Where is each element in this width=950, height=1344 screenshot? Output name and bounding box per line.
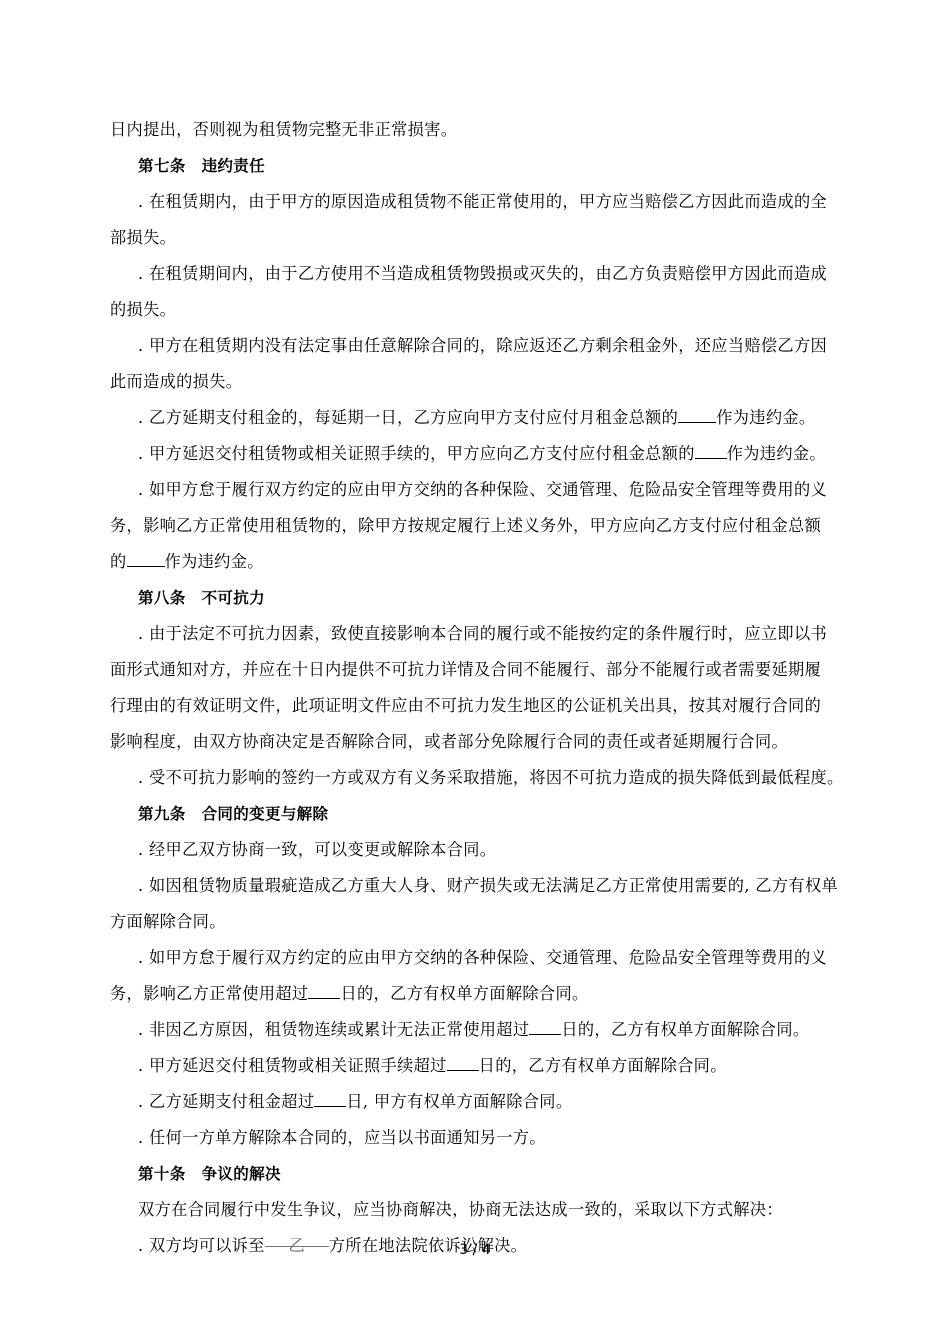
- section-heading-10: 第十条争议的解决: [110, 1156, 842, 1192]
- fill-in-blank[interactable]: [678, 406, 716, 423]
- section-number: 第七条: [138, 157, 186, 175]
- clause-text: . 乙方延期支付租金的，每延期一日，乙方应向甲方支付应付月租金总额的: [138, 408, 678, 427]
- clause-text: 作为违约金。: [727, 444, 826, 463]
- clause-line: 的作为违约金。: [110, 544, 842, 580]
- clause-line: 双方在合同履行中发生争议，应当协商解决，协商无法达成一致的，采取以下方式解决：: [110, 1192, 842, 1228]
- clause-line: 面形式通知对方，并应在十日内提供不可抗力详情及合同不能履行、部分不能履行或者需要…: [110, 652, 842, 688]
- clause-line: 的损失。: [110, 292, 842, 328]
- clause-line: . 乙方延期支付租金超过日, 甲方有权单方面解除合同。: [110, 1084, 842, 1120]
- section-number: 第十条: [138, 1165, 186, 1183]
- fill-in-blank[interactable]: [695, 442, 727, 459]
- clause-text: . 乙方延期支付租金超过: [138, 1092, 314, 1111]
- clause-line: . 由于法定不可抗力因素，致使直接影响本合同的履行或不能按约定的条件履行时，应立…: [110, 616, 842, 652]
- clause-text: 作为违约金。: [716, 408, 815, 427]
- clause-line: 影响程度，由双方协商决定是否解除合同，或者部分免除履行合同的责任或者延期履行合同…: [110, 724, 842, 760]
- clause-line: . 甲方延迟交付租赁物或相关证照手续超过日的，乙方有权单方面解除合同。: [110, 1048, 842, 1084]
- clause-text: 务，影响乙方正常使用超过: [110, 984, 308, 1003]
- clause-line: . 经甲乙双方协商一致，可以变更或解除本合同。: [110, 832, 842, 868]
- fill-in-blank[interactable]: [308, 982, 340, 999]
- section-heading-8: 第八条不可抗力: [110, 580, 842, 616]
- document-page: 日内提出，否则视为租赁物完整无非正常损害。 第七条违约责任 . 在租赁期内，由于…: [110, 112, 842, 1264]
- clause-line: . 受不可抗力影响的签约一方或双方有义务采取措施，将因不可抗力造成的损失降低到最…: [110, 760, 842, 796]
- clause-text: 作为违约金。: [165, 552, 264, 571]
- clause-line: . 任何一方单方解除本合同的，应当以书面通知另一方。: [110, 1120, 842, 1156]
- page-number: 3 / 4: [0, 1242, 950, 1258]
- clause-line: 务，影响乙方正常使用租赁物的，除甲方按规定履行上述义务外，甲方应向乙方支付应付租…: [110, 508, 842, 544]
- section-number: 第八条: [138, 589, 186, 607]
- section-title: 不可抗力: [202, 589, 265, 607]
- clause-line: 此而造成的损失。: [110, 364, 842, 400]
- fill-in-blank[interactable]: [529, 1018, 561, 1035]
- clause-line: . 如因租赁物质量瑕疵造成乙方重大人身、财产损失或无法满足乙方正常使用需要的, …: [110, 868, 842, 904]
- section-title: 合同的变更与解除: [202, 805, 329, 823]
- section-heading-7: 第七条违约责任: [110, 148, 842, 184]
- section-title: 违约责任: [202, 157, 265, 175]
- clause-text: 日的，乙方有权单方面解除合同。: [340, 984, 588, 1003]
- clause-text: . 甲方延迟交付租赁物或相关证照手续超过: [138, 1056, 447, 1075]
- section-number: 第九条: [138, 805, 186, 823]
- paragraph-line: 日内提出，否则视为租赁物完整无非正常损害。: [110, 112, 842, 148]
- clause-text: . 甲方延迟交付租赁物或相关证照手续的，甲方应向乙方支付应付租金总额的: [138, 444, 695, 463]
- clause-line: 务，影响乙方正常使用超过日的，乙方有权单方面解除合同。: [110, 976, 842, 1012]
- clause-line: . 甲方在租赁期内没有法定事由任意解除合同的，除应返还乙方剩余租金外，还应当赔偿…: [110, 328, 842, 364]
- fill-in-blank[interactable]: [447, 1054, 479, 1071]
- clause-text: 的: [110, 552, 127, 571]
- clause-line: 部损失。: [110, 220, 842, 256]
- clause-line: . 非因乙方原因，租赁物连续或累计无法正常使用超过日的，乙方有权单方面解除合同。: [110, 1012, 842, 1048]
- clause-text: 日的，乙方有权单方面解除合同。: [561, 1020, 809, 1039]
- clause-text: . 非因乙方原因，租赁物连续或累计无法正常使用超过: [138, 1020, 529, 1039]
- clause-line: . 如甲方怠于履行双方约定的应由甲方交纳的各种保险、交通管理、危险品安全管理等费…: [110, 940, 842, 976]
- clause-line: . 甲方延迟交付租赁物或相关证照手续的，甲方应向乙方支付应付租金总额的作为违约金…: [110, 436, 842, 472]
- clause-line: 方面解除合同。: [110, 904, 842, 940]
- clause-text: 日, 甲方有权单方面解除合同。: [346, 1092, 572, 1111]
- clause-line: . 在租赁期间内，由于乙方使用不当造成租赁物毁损或灭失的，由乙方负责赔偿甲方因此…: [110, 256, 842, 292]
- clause-line: . 乙方延期支付租金的，每延期一日，乙方应向甲方支付应付月租金总额的作为违约金。: [110, 400, 842, 436]
- fill-in-blank[interactable]: [314, 1090, 346, 1107]
- clause-line: . 如甲方怠于履行双方约定的应由甲方交纳的各种保险、交通管理、危险品安全管理等费…: [110, 472, 842, 508]
- clause-text: 日的，乙方有权单方面解除合同。: [479, 1056, 727, 1075]
- clause-line: 行理由的有效证明文件，此项证明文件应由不可抗力发生地区的公证机关出具，按其对履行…: [110, 688, 842, 724]
- section-heading-9: 第九条合同的变更与解除: [110, 796, 842, 832]
- clause-line: . 在租赁期内，由于甲方的原因造成租赁物不能正常使用的，甲方应当赔偿乙方因此而造…: [110, 184, 842, 220]
- fill-in-blank[interactable]: [127, 550, 165, 567]
- section-title: 争议的解决: [202, 1165, 281, 1183]
